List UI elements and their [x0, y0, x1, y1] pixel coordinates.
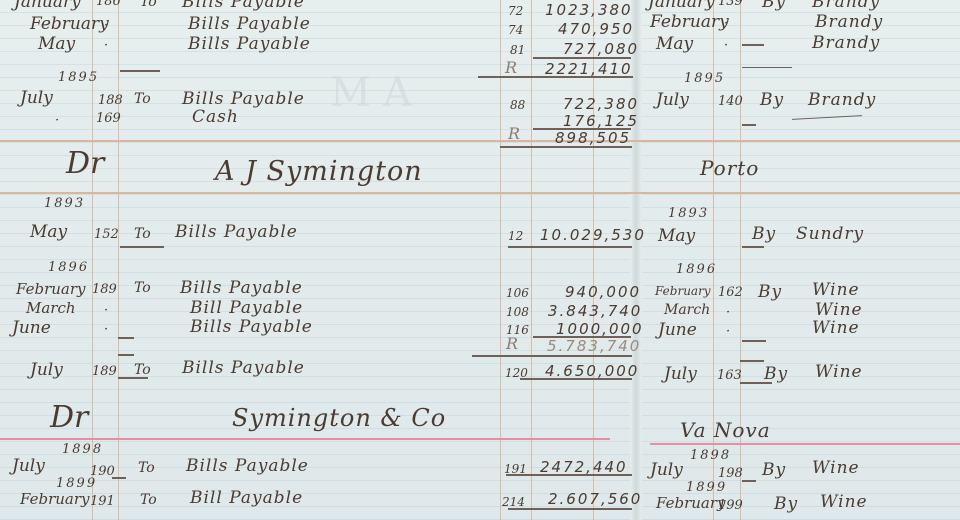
- folio-rule: [742, 480, 756, 482]
- credit-month: May: [658, 226, 695, 246]
- entry-folio: 189: [92, 282, 117, 297]
- credit-description: Wine: [815, 300, 863, 320]
- credit-description: Brandy: [812, 0, 880, 12]
- credit-by: By: [758, 282, 782, 302]
- entry-ref: 72: [508, 4, 523, 18]
- entry-ref: 214: [502, 495, 525, 509]
- folio-rule: [742, 340, 766, 342]
- header-rule-bottom: [0, 192, 960, 194]
- entry-month: June: [12, 318, 51, 338]
- entry-amount: 940,000: [565, 283, 641, 301]
- folio-rule: [742, 67, 792, 68]
- entry-to: To: [140, 0, 157, 10]
- entry-amount: 10.029,530: [540, 226, 646, 244]
- credit-folio: 199: [718, 498, 743, 513]
- entry-month: ·: [55, 113, 59, 128]
- credit-description: Wine: [812, 458, 860, 478]
- entry-amount: 3.843,740: [548, 302, 642, 320]
- credit-month: January: [648, 0, 715, 12]
- credit-folio: ·: [726, 324, 730, 339]
- credit-description: Brandy: [815, 12, 883, 32]
- credit-month: March: [664, 302, 710, 318]
- folio-rule: [120, 70, 160, 72]
- credit-description: Sundry: [796, 224, 864, 244]
- entry-folio: ·: [104, 38, 108, 53]
- folio-column-rule: [118, 0, 119, 520]
- entry-year: 1898: [62, 442, 103, 457]
- entry-to: To: [134, 362, 151, 378]
- folio-rule: [118, 354, 134, 356]
- entry-month: January: [14, 0, 81, 12]
- paper-watermark: MA: [330, 70, 424, 116]
- credit-folio: 139: [718, 0, 743, 9]
- folio-rule: [742, 246, 764, 248]
- credit-description: Wine: [820, 492, 868, 512]
- total-rule: [508, 508, 632, 510]
- credit-folio: ·: [724, 38, 728, 53]
- total-mark: R: [508, 124, 520, 143]
- entry-ref: 106: [506, 286, 529, 300]
- entry-folio: ·: [104, 18, 108, 33]
- entry-folio: ·: [104, 322, 108, 337]
- header-rule-top: [0, 140, 960, 142]
- folio-rule: [112, 477, 126, 479]
- entry-year: 1896: [48, 260, 89, 275]
- credit-description: Brandy: [812, 33, 880, 53]
- credit-by: By: [752, 224, 776, 244]
- entry-description: Bills Payable: [182, 358, 305, 378]
- total-rule: [478, 76, 633, 78]
- total-rule: [506, 474, 632, 476]
- credit-by: By: [764, 364, 788, 384]
- red-header-rule-right: [650, 443, 960, 445]
- credit-year: 1899: [686, 480, 727, 495]
- credit-folio: 162: [718, 285, 743, 300]
- entry-folio: 191: [90, 494, 115, 509]
- entry-ref: 88: [510, 98, 525, 112]
- credit-by: By: [760, 90, 784, 110]
- entry-year: 1895: [58, 70, 99, 85]
- red-header-rule-left: [0, 438, 610, 440]
- credit-description: Brandy: [808, 90, 876, 110]
- credit-month: July: [656, 90, 689, 110]
- entry-month: February: [20, 490, 90, 508]
- entry-amount: 2.607,560: [548, 490, 642, 508]
- credit-description: Wine: [812, 318, 860, 338]
- ref-column-rule: [500, 0, 501, 520]
- credit-month: July: [650, 460, 683, 480]
- entry-month: May: [38, 34, 75, 54]
- entry-amount: 470,950: [558, 20, 634, 38]
- credit-month: February: [656, 494, 726, 512]
- debit-label: Dr: [66, 146, 104, 181]
- credit-description: Wine: [812, 280, 860, 300]
- credit-year: 1893: [668, 206, 709, 221]
- entry-folio: ·: [104, 303, 108, 318]
- entry-folio: 152: [94, 227, 119, 242]
- credit-folio: ·: [724, 16, 728, 31]
- entry-to: To: [138, 460, 155, 476]
- credit-folio: 163: [717, 368, 742, 383]
- entry-amount: 722,380: [563, 95, 639, 113]
- credit-year: 1895: [684, 71, 725, 86]
- right-folio-column-rule: [740, 0, 741, 520]
- entry-ref: 81: [510, 43, 525, 57]
- total-rule: [472, 355, 632, 357]
- credit-folio: 198: [718, 466, 743, 481]
- book-gutter: [630, 0, 642, 520]
- folio-rule: [742, 124, 756, 126]
- entry-month: March: [26, 299, 76, 317]
- account-name: Symington & Co: [232, 404, 446, 432]
- entry-description: Bill Payable: [190, 298, 303, 318]
- entry-amount: 1023,380: [545, 1, 633, 19]
- total-amount: 5.783,740: [547, 337, 641, 355]
- credit-by: By: [762, 0, 786, 12]
- total-mark: R: [505, 58, 517, 77]
- account-name: A J Symington: [215, 156, 423, 187]
- entry-folio: 188: [98, 93, 123, 108]
- entry-to: To: [134, 226, 151, 242]
- credit-year: 1896: [676, 262, 717, 277]
- entry-month: July: [12, 456, 45, 476]
- entry-folio: 169: [96, 111, 121, 126]
- credit-month: February: [655, 284, 711, 298]
- credit-folio: ·: [726, 305, 730, 320]
- entry-description: Cash: [192, 107, 239, 127]
- debit-label: Dr: [50, 400, 88, 435]
- account-place: Va Nova: [680, 418, 771, 442]
- credit-month: February: [650, 12, 729, 32]
- entry-year: 1899: [56, 476, 97, 491]
- entry-ref: 74: [508, 23, 523, 37]
- entry-description: Bills Payable: [180, 278, 303, 298]
- folio-rule: [118, 377, 148, 379]
- folio-rule: [118, 337, 134, 339]
- total-rule: [500, 146, 632, 148]
- entry-ref: 12: [508, 229, 523, 243]
- entry-to: To: [140, 492, 157, 508]
- entry-month: July: [30, 360, 63, 380]
- total-amount: 898,505: [555, 129, 631, 147]
- decimal-column-rule: [593, 0, 594, 520]
- folio-rule: [742, 44, 764, 46]
- entry-month: July: [20, 88, 53, 108]
- total-rule: [508, 246, 632, 248]
- credit-by: By: [762, 460, 786, 480]
- entry-year: 1893: [44, 196, 85, 211]
- folio-rule: [740, 360, 764, 362]
- entry-month: February: [16, 280, 86, 298]
- amount-column-rule: [531, 0, 532, 520]
- entry-amount: 727,080: [563, 40, 639, 58]
- entry-folio: 189: [92, 364, 117, 379]
- entry-description: Bills Payable: [175, 222, 298, 242]
- folio-rule: [740, 382, 772, 384]
- entry-to: To: [134, 280, 151, 296]
- credit-description: Wine: [815, 362, 863, 382]
- entry-description: Bills Payable: [186, 456, 309, 476]
- entry-folio: 186: [96, 0, 121, 9]
- credit-year: 1898: [690, 448, 731, 463]
- total-rule: [520, 378, 632, 380]
- folio-rule: [120, 246, 164, 248]
- entry-description: Bills Payable: [188, 14, 311, 34]
- entry-to: To: [134, 91, 151, 107]
- credit-folio: 140: [718, 94, 743, 109]
- entry-description: Bills Payable: [182, 89, 305, 109]
- credit-month: July: [664, 364, 697, 384]
- entry-description: Bills Payable: [182, 0, 305, 12]
- entry-ref: 108: [506, 305, 529, 319]
- credit-month: May: [656, 34, 693, 54]
- account-place: Porto: [700, 156, 759, 180]
- credit-by: By: [774, 494, 798, 514]
- entry-description: Bills Payable: [188, 34, 311, 54]
- entry-month: February: [30, 14, 109, 34]
- entry-month: May: [30, 222, 67, 242]
- total-mark: R: [506, 334, 518, 353]
- entry-description: Bill Payable: [190, 488, 303, 508]
- subtotal-rule: [533, 57, 631, 59]
- entry-description: Bills Payable: [190, 317, 313, 337]
- credit-month: June: [658, 320, 697, 340]
